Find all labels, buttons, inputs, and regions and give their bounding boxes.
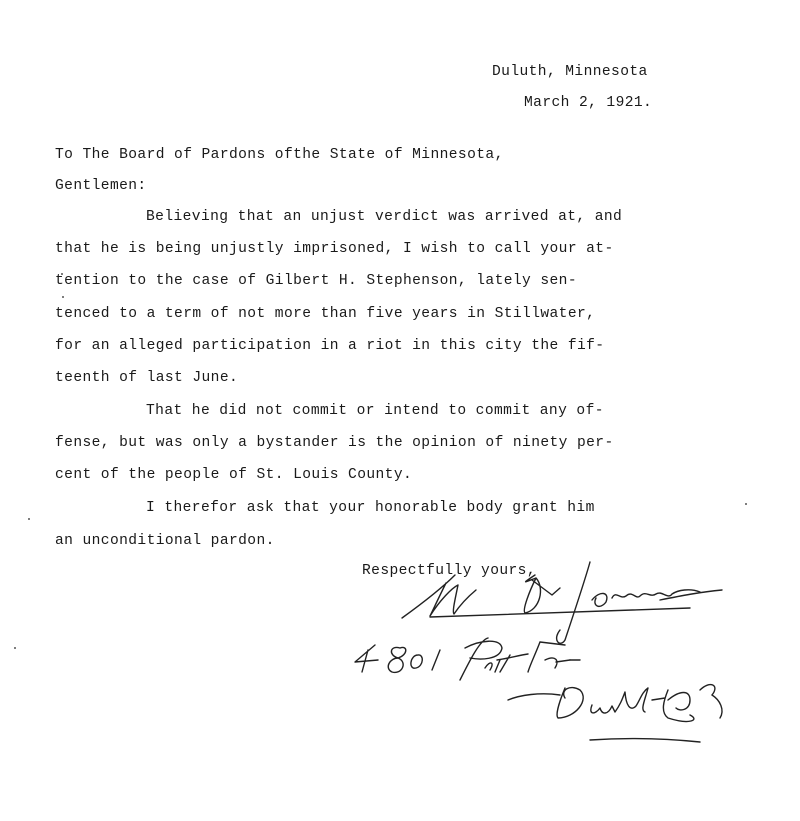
handwritten-signature bbox=[0, 0, 800, 821]
paper-speck bbox=[745, 503, 747, 505]
paper-speck bbox=[28, 518, 30, 520]
paper-speck bbox=[14, 647, 16, 649]
paper-speck bbox=[62, 296, 64, 298]
paper-speck bbox=[61, 273, 63, 275]
